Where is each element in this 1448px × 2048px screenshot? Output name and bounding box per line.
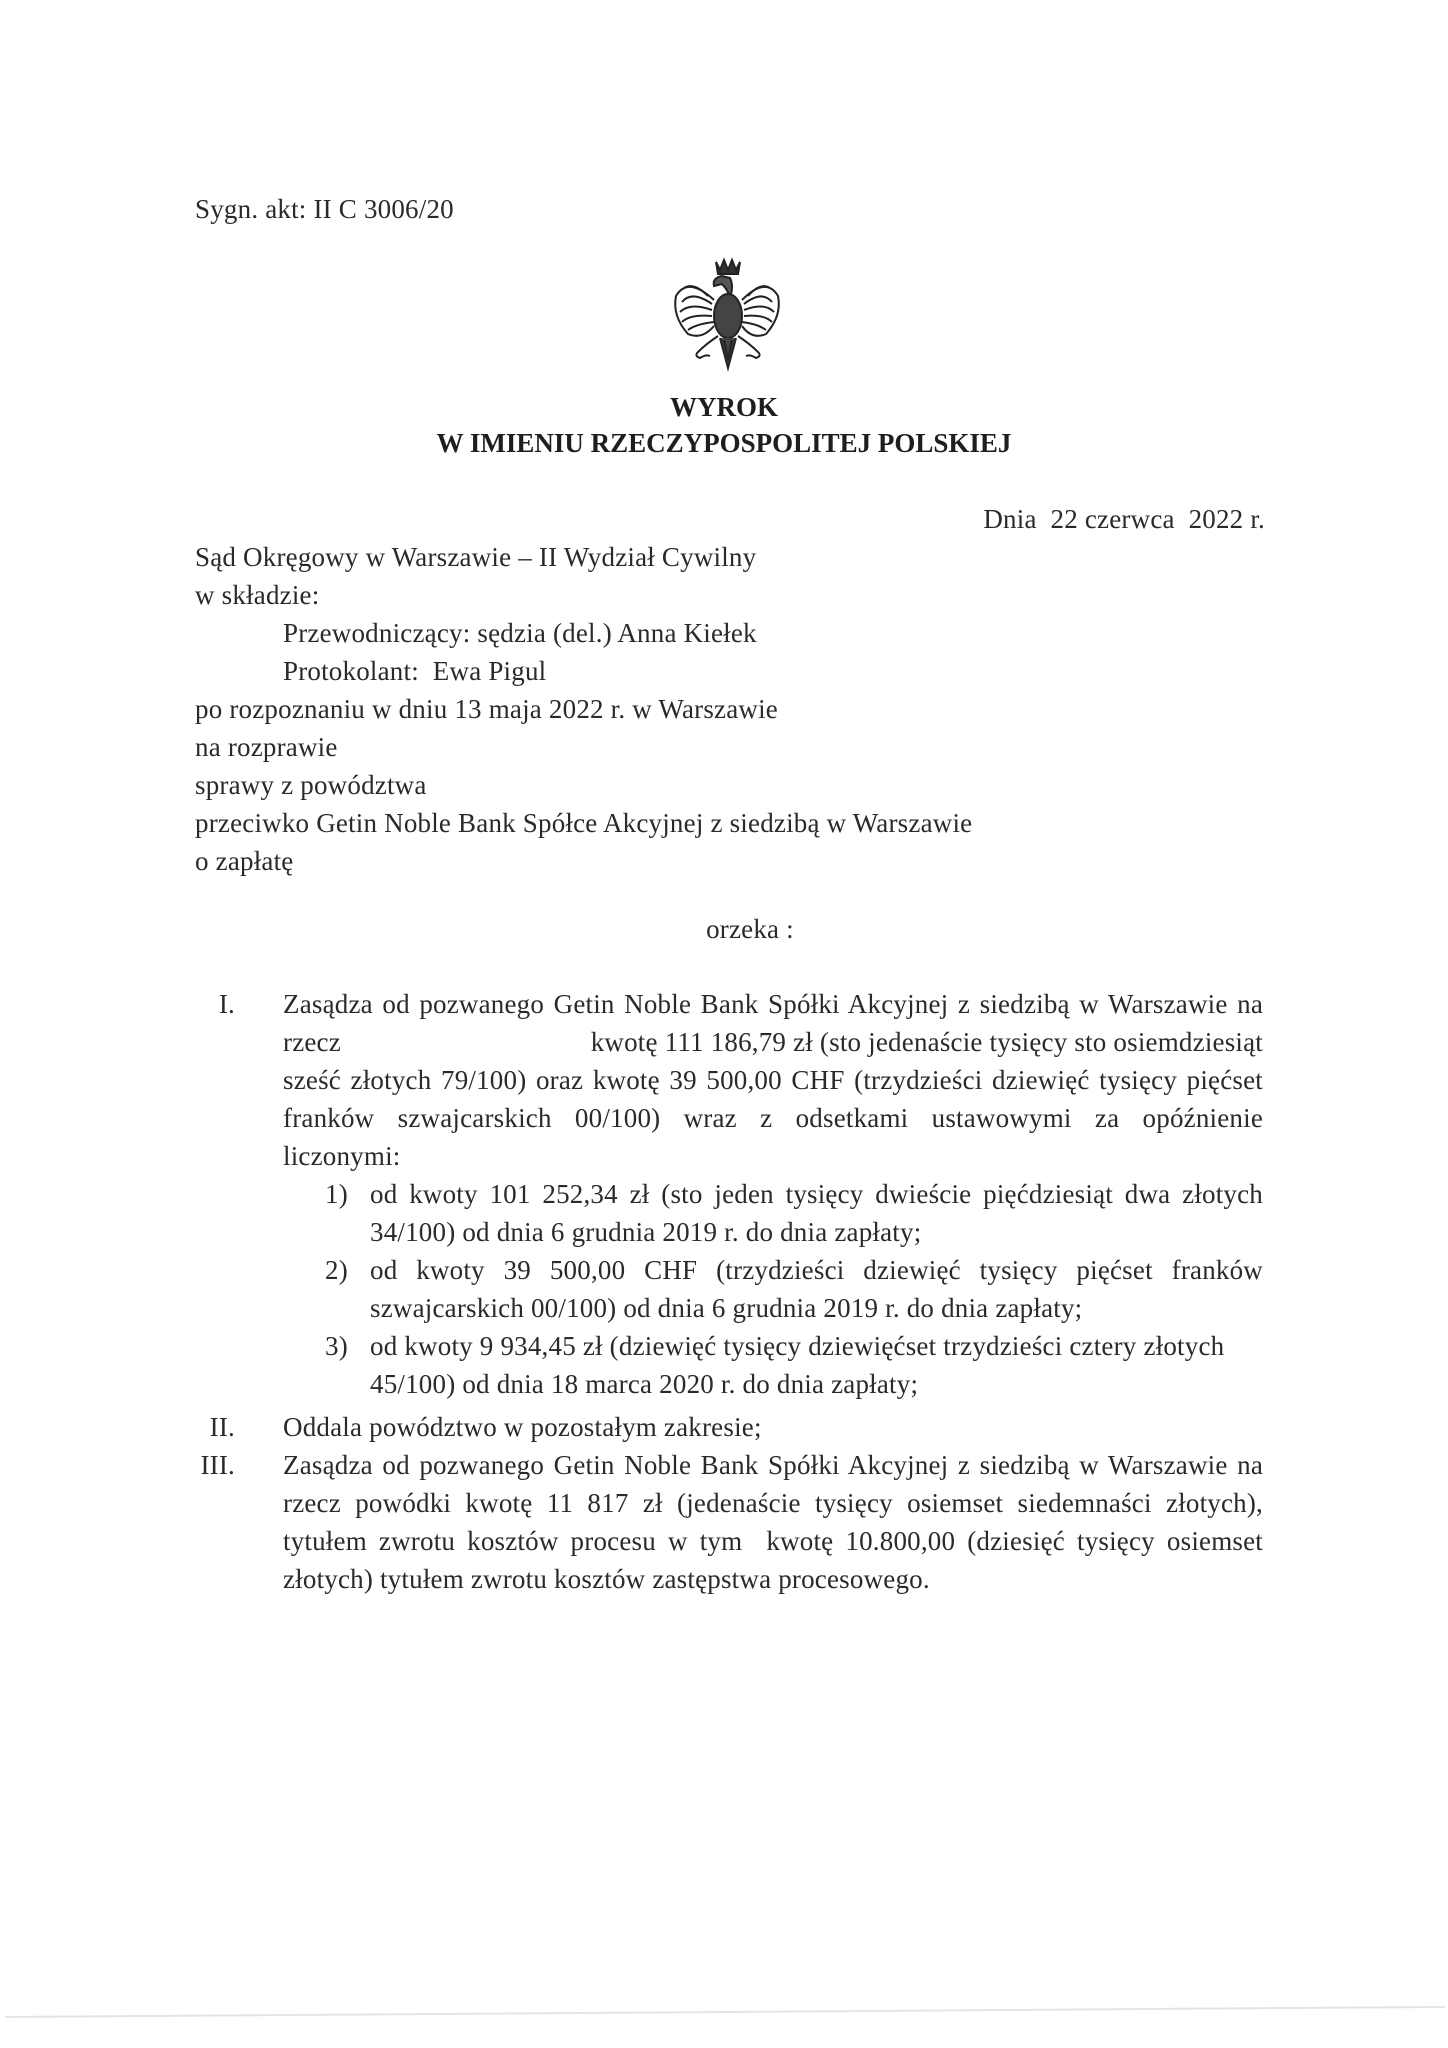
court-name: Sąd Okręgowy w Warszawie – II Wydział Cy… (195, 538, 756, 576)
ruling-label: orzeka : (0, 910, 1448, 948)
case-from: sprawy z powództwa (195, 766, 427, 804)
ruling-number: III. (185, 1446, 235, 1484)
ruling-line: liczonymi: (283, 1137, 1263, 1175)
ruling-line: Oddala powództwo w pozostałym zakresie; (283, 1408, 1263, 1446)
ruling-number: I. (205, 985, 235, 1023)
case-subject: o zapłatę (195, 842, 294, 880)
item-number: 1) (325, 1175, 348, 1213)
ruling-line: rzecz kwotę 111 186,79 zł (sto jedenaści… (283, 1023, 1263, 1061)
ruling-line: złotych) tytułem zwrotu kosztów zastępst… (283, 1560, 1263, 1598)
document-title: WYROK (0, 392, 1448, 423)
ruling-number: II. (195, 1408, 235, 1446)
item-number: 3) (325, 1327, 348, 1365)
judgment-date: Dnia 22 czerwca 2022 r. (983, 500, 1265, 538)
ruling-line: rzecz powódki kwotę 11 817 zł (jedenaści… (283, 1484, 1263, 1522)
item-line: szwajcarskich 00/100) od dnia 6 grudnia … (370, 1289, 1263, 1327)
ruling-line: Zasądza od pozwanego Getin Noble Bank Sp… (283, 1446, 1263, 1484)
ruling-line-left: rzecz (283, 1027, 341, 1057)
item-line: od kwoty 101 252,34 zł (sto jeden tysięc… (370, 1175, 1263, 1213)
ruling-line: Zasądza od pozwanego Getin Noble Bank Sp… (283, 985, 1263, 1023)
session-type: na rozprawie (195, 728, 338, 766)
ruling-line: sześć złotych 79/100) oraz kwotę 39 500,… (283, 1061, 1263, 1099)
ruling-line: franków szwajcarskich 00/100) wraz z ods… (283, 1099, 1263, 1137)
ruling-line-right: kwotę 111 186,79 zł (sto jedenaście tysi… (591, 1023, 1263, 1061)
item-line: 34/100) od dnia 6 grudnia 2019 r. do dni… (370, 1213, 1263, 1251)
item-number: 2) (325, 1251, 348, 1289)
court-clerk: Protokolant: Ewa Pigul (283, 652, 546, 690)
presiding-judge: Przewodniczący: sędzia (del.) Anna Kiełe… (283, 614, 757, 652)
case-signature: Sygn. akt: II C 3006/20 (195, 190, 454, 228)
item-line: od kwoty 9 934,45 zł (dziewięć tysięcy d… (370, 1327, 1250, 1365)
scan-edge-line (5, 2006, 1445, 2018)
ruling-line: tytułem zwrotu kosztów procesu w tym kwo… (283, 1522, 1263, 1560)
item-line: od kwoty 39 500,00 CHF (trzydzieści dzie… (370, 1251, 1263, 1289)
composition-label: w składzie: (195, 576, 319, 614)
item-line: 45/100) od dnia 18 marca 2020 r. do dnia… (370, 1365, 1263, 1403)
defendant: przeciwko Getin Noble Bank Spółce Akcyjn… (195, 804, 972, 842)
polish-eagle-emblem-icon (668, 256, 784, 374)
hearing-info: po rozpoznaniu w dniu 13 maja 2022 r. w … (195, 690, 778, 728)
document-subtitle: W IMIENIU RZECZYPOSPOLITEJ POLSKIEJ (0, 428, 1448, 459)
